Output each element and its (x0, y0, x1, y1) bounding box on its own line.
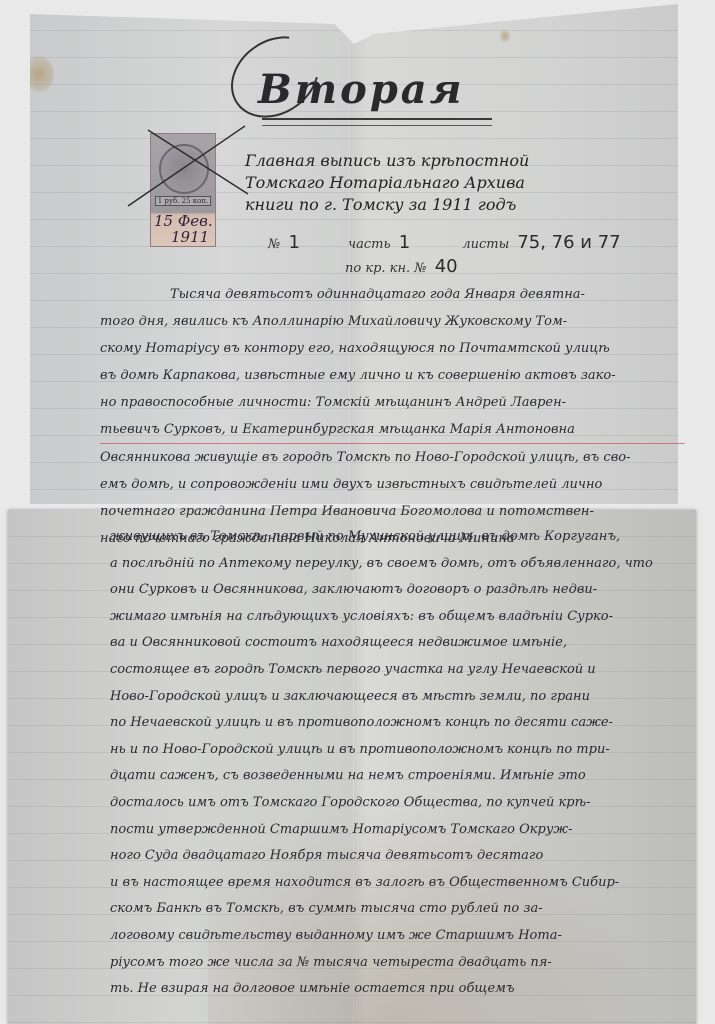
book-line: по кр. кн. № 40 (345, 256, 462, 277)
text-line: а послѣдній по Аптекому переулку, въ сво… (110, 551, 690, 578)
text-line: живущихъ въ Томскѣ: первый по Мухинской … (110, 524, 690, 551)
text-line: почетнаго гражданина Петра Ивановича Бог… (100, 498, 685, 525)
document-heading: Вторая (258, 66, 465, 113)
text-line: ного Суда двадцатаго Ноября тысяча девят… (110, 843, 690, 870)
bottom-sheet-body: живущихъ въ Томскѣ: первый по Мухинской … (110, 524, 690, 1003)
title-line: Томскаго Нотаріальнаго Архива (245, 172, 685, 194)
text-line: скомъ Банкѣ въ Томскѣ, въ суммѣ тысяча с… (110, 896, 690, 923)
registry-number: 1 (288, 232, 299, 253)
text-line: дцати саженъ, съ возведенными на немъ ст… (110, 763, 690, 790)
text-line: состоящее въ городѣ Томскѣ первого участ… (110, 657, 690, 684)
text-line: Тысяча девятьсотъ одиннадцатаго года Янв… (100, 281, 685, 308)
title-line: Главная выпись изъ крѣпостной (245, 150, 685, 172)
sheets-label: листы (462, 237, 509, 252)
text-line: нь и по Ново-Городской улицѣ и въ против… (110, 737, 690, 764)
text-line: логовому свидѣтельству выданному имъ же … (110, 923, 690, 950)
text-line: пости утвержденной Старшимъ Нотаріусомъ … (110, 817, 690, 844)
text-line: по Нечаевской улицѣ и въ противоположном… (110, 710, 690, 737)
text-line: жимаго имѣнія на слѣдующихъ условіяхъ: в… (110, 604, 690, 631)
rust-stain (24, 56, 54, 92)
text-line: досталось имъ отъ Томскаго Городского Об… (110, 790, 690, 817)
double-headed-eagle-emblem-icon (159, 144, 209, 194)
part-label: часть (348, 237, 391, 252)
text-line: Ново-Городской улицъ и заключающееся въ … (110, 684, 690, 711)
stamp-cancel-year: 1911 (171, 228, 209, 246)
registry-sheets: 75, 76 и 77 (517, 232, 620, 253)
revenue-stamp: 1 руб. 25 коп. 15 Фев. 1911 (150, 133, 216, 247)
text-line: Овсянникова живущіе въ городѣ Томскѣ по … (100, 444, 685, 471)
text-line: ва и Овсянниковой состоитъ находящееся н… (110, 630, 690, 657)
text-line: ть. Не взирая на долговое имѣніе остаетс… (110, 976, 690, 1003)
registry-part: 1 (399, 232, 410, 253)
stamp-value: 1 руб. 25 коп. (155, 196, 211, 206)
registry-line: № 1 часть 1 листы 75, 76 и 77 (268, 232, 625, 253)
number-label: № (268, 237, 280, 252)
text-line: ріусомъ того же числа за № тысяча четыре… (110, 950, 690, 977)
rust-stain (500, 30, 510, 42)
text-line: емъ домѣ, и сопровожденіи ими двухъ извѣ… (100, 471, 685, 498)
top-sheet-body: Тысяча девятьсотъ одиннадцатаго года Янв… (100, 281, 685, 552)
title-line: книги по г. Томску за 1911 годъ (245, 194, 685, 216)
deed-title: Главная выпись изъ крѣпостной Томскаго Н… (245, 150, 685, 216)
text-line: тьевичъ Сурковъ, и Екатеринбургская мѣща… (100, 416, 685, 444)
book-number: 40 (435, 256, 458, 277)
text-line: въ домѣ Карпакова, извѣстные ему лично и… (100, 362, 685, 389)
text-line: того дня, явились къ Аполлинарію Михайло… (100, 308, 685, 335)
text-line: они Сурковъ и Овсянникова, заключаютъ до… (110, 577, 690, 604)
text-line: но правоспособные личности: Томскій мѣща… (100, 389, 685, 416)
text-line: и въ настоящее время находится въ залогѣ… (110, 870, 690, 897)
heading-underline (262, 118, 492, 126)
book-label: по кр. кн. № (345, 261, 427, 276)
text-line: скому Нотаріусу въ контору его, находящу… (100, 335, 685, 362)
